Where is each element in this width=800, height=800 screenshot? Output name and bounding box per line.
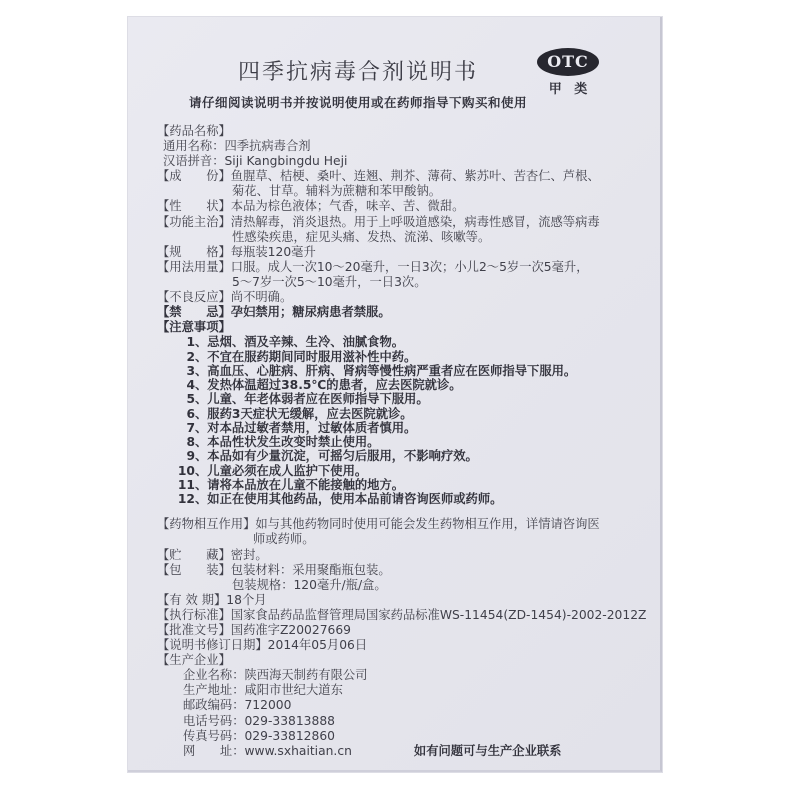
notice-item: 5、儿童、年老体弱者应在医师指导下服用。	[157, 392, 640, 406]
doc-line: 【药物相互作用】如与其他药物同时使用可能会发生药物相互作用，详情请咨询医	[157, 517, 640, 532]
notice-item-text: 、忌烟、酒及辛辣、生冷、油腻食物。	[195, 335, 404, 349]
notice-item-text: 、儿童必须在成人监护下使用。	[195, 464, 367, 478]
doc-line: 5～7岁一次5～10毫升，一日3次。	[157, 275, 640, 290]
contact-note: 如有问题可与生产企业联系	[414, 744, 562, 759]
notice-item-text: 、高血压、心脏病、肝病、肾病等慢性病严重者应在医师指导下服用。	[195, 364, 576, 378]
doc-line: 【禁 忌】孕妇禁用；糖尿病患者禁服。	[157, 305, 640, 320]
notice-item-number: 10	[177, 464, 195, 478]
notice-item: 9、本品如有少量沉淀，可摇匀后服用，不影响疗效。	[157, 449, 640, 463]
doc-line: 【用法用量】口服。成人一次10～20毫升，一日3次；小儿2～5岁一次5毫升，	[157, 260, 640, 275]
notice-item: 7、对本品过敏者禁用，过敏体质者慎用。	[157, 421, 640, 435]
notice-item-text: 、不宜在服药期间同时服用滋补性中药。	[195, 350, 416, 364]
doc-line: 【不良反应】尚不明确。	[157, 290, 640, 305]
notice-item-number: 1	[177, 335, 195, 349]
doc-line: 【成 份】鱼腥草、桔梗、桑叶、连翘、荆芥、薄荷、紫苏叶、苦杏仁、芦根、	[157, 169, 640, 184]
doc-line: 【有 效 期】18个月	[157, 593, 640, 608]
notice-item-number: 3	[177, 364, 195, 378]
doc-line: 【说明书修订日期】2014年05月06日	[157, 638, 640, 653]
page-title: 四季抗病毒合剂说明书	[152, 55, 564, 86]
notice-item-text: 、发热体温超过38.5℃的患者，应去医院就诊。	[195, 378, 462, 392]
notice-item: 8、本品性状发生改变时禁止使用。	[157, 435, 640, 449]
notice-item-number: 5	[177, 392, 195, 406]
doc-line: 【性 状】本品为棕色液体；气香，味辛、苦、微甜。	[157, 199, 640, 214]
notice-item: 1、忌烟、酒及辛辣、生冷、油腻食物。	[157, 335, 640, 349]
page-subtitle: 请仔细阅读说明书并按说明使用或在药师指导下购买和使用	[152, 93, 564, 111]
doc-line: 性感染疾患，症见头痛、发热、流涕、咳嗽等。	[157, 230, 640, 245]
doc-line: 包装规格：120毫升/瓶/盒。	[157, 578, 640, 593]
otc-badge: OTC 甲 类	[536, 48, 600, 97]
doc-line: 【功能主治】清热解毒，消炎退热。用于上呼吸道感染，病毒性感冒，流感等病毒	[157, 215, 640, 230]
notice-item: 6、服药3天症状无缓解，应去医院就诊。	[157, 407, 640, 421]
doc-line: 企业名称：陕西海天制药有限公司	[157, 668, 640, 683]
otc-category-label: 甲 类	[536, 78, 600, 97]
doc-line: 【药品名称】	[157, 124, 640, 139]
notice-item: 4、发热体温超过38.5℃的患者，应去医院就诊。	[157, 378, 640, 392]
notice-item-text: 、本品性状发生改变时禁止使用。	[195, 435, 379, 449]
notice-item: 2、不宜在服药期间同时服用滋补性中药。	[157, 350, 640, 364]
notice-item-text: 、儿童、年老体弱者应在医师指导下服用。	[195, 392, 429, 406]
otc-logo-icon: OTC	[537, 48, 599, 76]
doc-line: 生产地址：咸阳市世纪大道东	[157, 683, 640, 698]
doc-line: 菊花、甘草。辅料为蔗糖和苯甲酸钠。	[157, 184, 640, 199]
doc-line: 邮政编码：712000	[157, 698, 640, 713]
notice-item: 11、请将本品放在儿童不能接触的地方。	[157, 478, 640, 492]
website-url: 网 址：www.sxhaitian.cn	[183, 744, 352, 759]
doc-line: 通用名称：四季抗病毒合剂	[157, 139, 640, 154]
doc-line: 【批准文号】国药准字Z20027669	[157, 623, 640, 638]
notice-item-number: 2	[177, 350, 195, 364]
doc-line: 【规 格】每瓶装120毫升	[157, 245, 640, 260]
leaflet-page: 四季抗病毒合剂说明书 请仔细阅读说明书并按说明使用或在药师指导下购买和使用 OT…	[128, 17, 662, 772]
notice-item-text: 、本品如有少量沉淀，可摇匀后服用，不影响疗效。	[195, 449, 478, 463]
notice-item: 10、儿童必须在成人监护下使用。	[157, 464, 640, 478]
leaflet-header: 四季抗病毒合剂说明书 请仔细阅读说明书并按说明使用或在药师指导下购买和使用	[152, 17, 564, 111]
doc-line: 【包 装】包装材料：采用聚酯瓶包装。	[157, 563, 640, 578]
doc-line: 【贮 藏】密封。	[157, 548, 640, 563]
doc-line: 电话号码：029-33813888	[157, 714, 640, 729]
notice-item-text: 、对本品过敏者禁用，过敏体质者慎用。	[195, 421, 416, 435]
doc-line: 【执行标准】国家食品药品监督管理局国家药品标准WS-11454(ZD-1454)…	[157, 608, 640, 623]
notice-item-number: 6	[177, 407, 195, 421]
doc-line: 【注意事项】	[157, 320, 640, 335]
notice-item-text: 、如正在使用其他药品，使用本品前请咨询医师或药师。	[195, 492, 502, 506]
notice-item-text: 、请将本品放在儿童不能接触的地方。	[195, 478, 404, 492]
document-body: 【药品名称】通用名称：四季抗病毒合剂汉语拼音：Siji Kangbingdu H…	[128, 124, 660, 759]
notice-item-number: 11	[177, 478, 195, 492]
notice-item-number: 12	[177, 492, 195, 506]
notice-item-number: 4	[177, 378, 195, 392]
notice-item-number: 9	[177, 449, 195, 463]
doc-line: 传真号码：029-33812860	[157, 729, 640, 744]
website-line: 网 址：www.sxhaitian.cn如有问题可与生产企业联系	[157, 744, 640, 759]
doc-line: 汉语拼音：Siji Kangbingdu Heji	[157, 154, 640, 169]
doc-line: 【生产企业】	[157, 653, 640, 668]
notice-item-number: 7	[177, 421, 195, 435]
notice-item-text: 、服药3天症状无缓解，应去医院就诊。	[195, 407, 413, 421]
notice-item: 12、如正在使用其他药品，使用本品前请咨询医师或药师。	[157, 492, 640, 506]
doc-line: 师或药师。	[157, 532, 640, 547]
notice-item-number: 8	[177, 435, 195, 449]
notice-item: 3、高血压、心脏病、肝病、肾病等慢性病严重者应在医师指导下服用。	[157, 364, 640, 378]
